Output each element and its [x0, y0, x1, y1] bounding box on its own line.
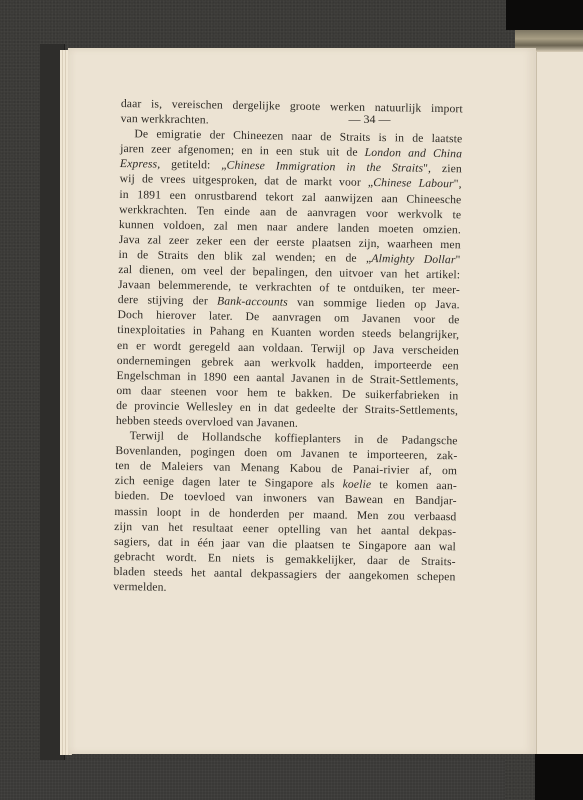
- book-cover-bottom: [0, 760, 505, 800]
- page-text: daar is, vereischen dergelijke groote we…: [113, 96, 463, 599]
- adjacent-book-page: [536, 52, 583, 754]
- background-dark-top: [506, 0, 583, 30]
- background-dark-bottom: [535, 752, 583, 800]
